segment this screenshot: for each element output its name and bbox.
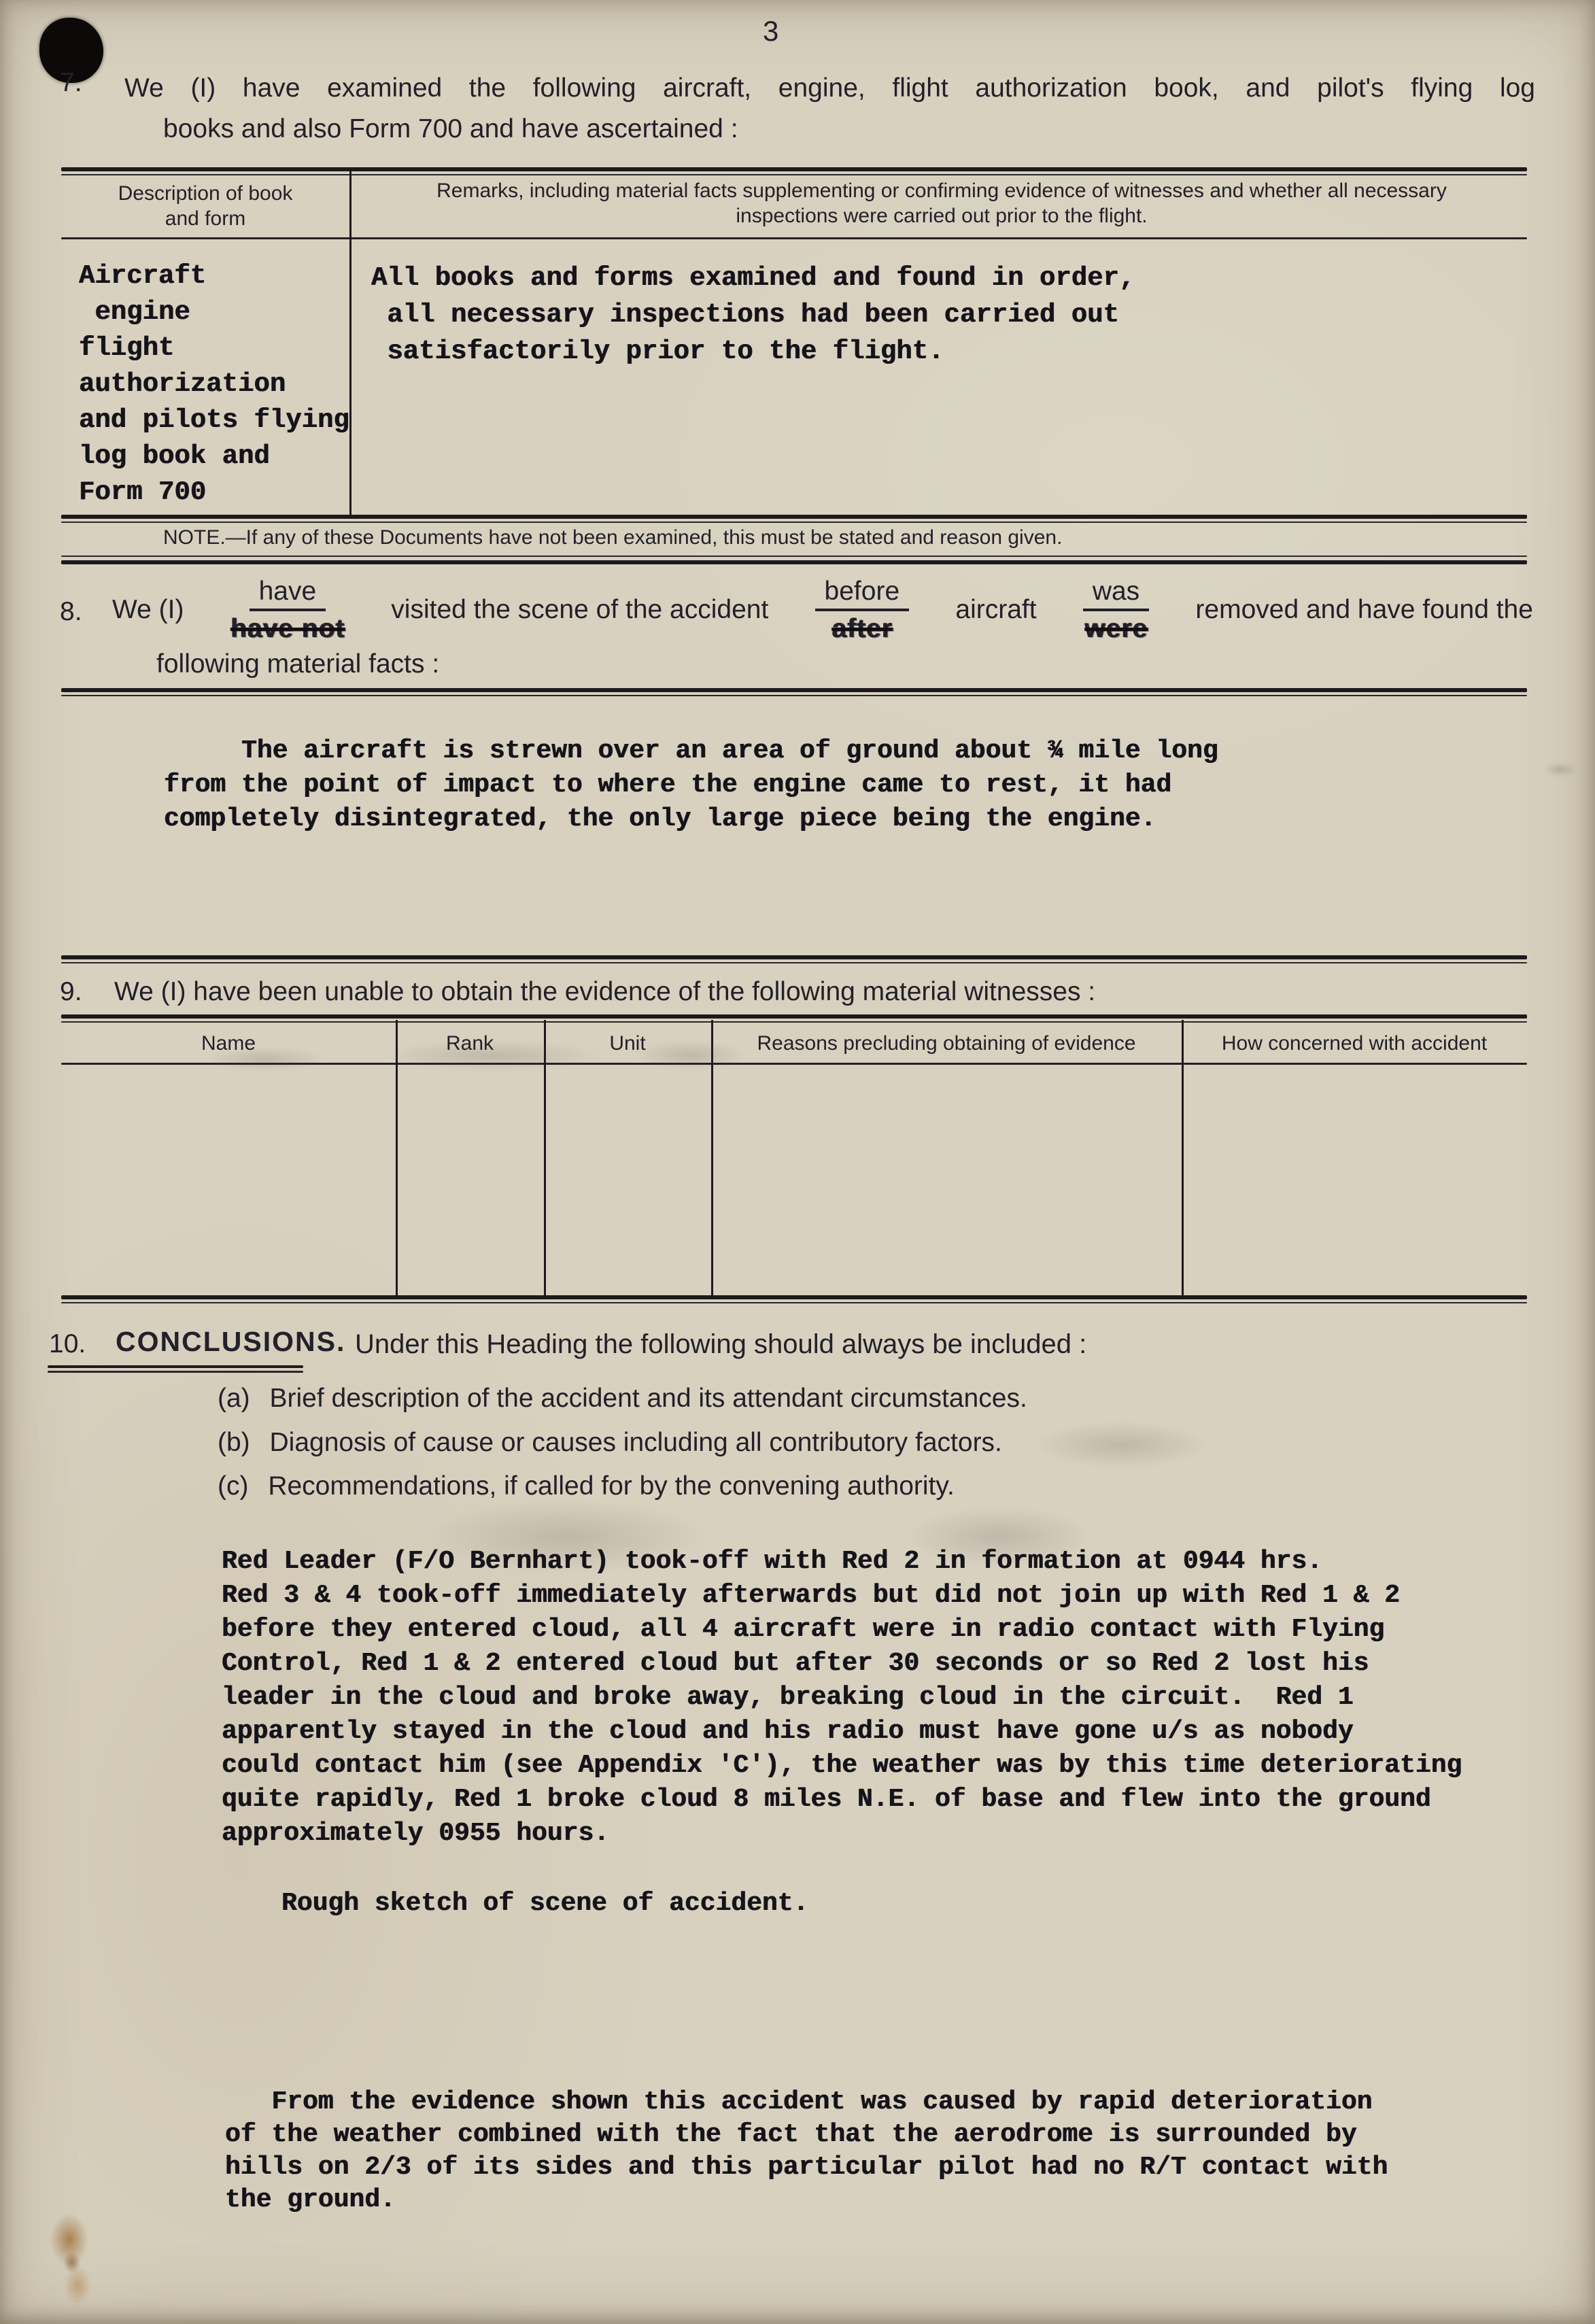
section-10-title: CONCLUSIONS. [116,1326,345,1358]
section-7-text: We (I) have examined the following aircr… [124,68,1535,150]
choice-kept-before: before [815,577,910,611]
table-header-underline [61,237,1527,239]
conclusion-item-b: (b) Diagnosis of cause or causes includi… [218,1428,1002,1458]
column-header-remarks: Remarks, including material facts supple… [363,178,1520,228]
remarks-header-line1: Remarks, including material facts supple… [363,178,1520,203]
choice-kept-was: was [1083,577,1149,611]
pencil-smudge [1543,763,1577,776]
witnesses-divider-4 [1182,1020,1184,1295]
section-9-heading: We (I) have been unable to obtain the ev… [114,977,1095,1007]
section-10-typed-narrative: Red Leader (F/O Bernhart) took-off with … [222,1545,1462,1851]
item-c-label: (c) [218,1471,248,1501]
column-header-reasons: Reasons precluding obtaining of evidence [711,1032,1182,1055]
remarks-header-line2: inspections were carried out prior to th… [363,203,1520,228]
section-8-line2: following material facts : [156,649,439,679]
conclusions-underline [48,1365,303,1373]
section-8-lead: We (I) [112,595,184,625]
item-a-label: (a) [218,1384,250,1413]
item-b-text: Diagnosis of cause or causes including a… [270,1428,1002,1457]
section-8-number: 8. [60,597,82,627]
page-number: 3 [763,15,778,48]
pencil-smudge [1033,1421,1210,1469]
pencil-smudge [632,1040,748,1070]
choice-kept-have: have [250,577,326,611]
section-8-phrase: We (I) have have not visited the scene o… [112,566,1533,653]
note-bottom-rule [61,556,1527,564]
item-a-text: Brief description of the accident and it… [270,1384,1027,1413]
section-9-number: 9. [60,977,82,1007]
section-8-mid1: visited the scene of the accident [391,595,768,625]
item-c-text: Recommendations, if called for by the co… [268,1471,955,1501]
section-9-top-rule [61,955,1527,963]
paper-stain [33,2211,114,2324]
pencil-smudge [381,1040,605,1072]
section-10-number: 10. [49,1329,86,1359]
section-7-line1: We (I) have examined the following aircr… [124,68,1535,109]
section-8-tail: removed and have found the [1195,595,1533,625]
note-line: NOTE.—If any of these Documents have not… [163,526,1062,549]
remarks-typed: All books and forms examined and found i… [371,260,1135,370]
choice-was-were: was were [1083,577,1149,644]
column-header-concerned: How concerned with accident [1182,1032,1527,1055]
table-bottom-rule [61,515,1527,523]
conclusion-item-a: (a) Brief description of the accident an… [218,1384,1027,1414]
section-10-subtitle: Under this Heading the following should … [355,1329,1086,1360]
pencil-smudge [204,1047,326,1072]
column-header-description: Description of book and form [61,181,349,231]
table-column-divider [349,171,351,517]
section-8-mid2: aircraft [955,595,1036,625]
section-8-typed-facts: The aircraft is strewn over an area of g… [164,734,1218,836]
choice-struck-have-not: have not [230,611,345,644]
conclusion-item-c: (c) Recommendations, if called for by th… [218,1471,955,1501]
witnesses-table-bottom-rule [61,1295,1527,1303]
witnesses-table-top-rule [61,1014,1527,1023]
table-top-rule [61,167,1527,175]
choice-struck-were: were [1084,611,1148,644]
choice-have-have-not: have have not [230,577,345,644]
section-10-typed-conclusion: From the evidence shown this accident wa… [225,2086,1388,2217]
scanned-accident-report-page: 3 7. We (I) have examined the following … [0,0,1595,2324]
choice-before-after: before after [815,577,910,644]
section-7-line2: books and also Form 700 and have ascerta… [124,109,1535,150]
choice-struck-after: after [831,611,893,644]
section-7-number: 7. [60,68,82,98]
sketch-caption: Rough sketch of scene of accident. [281,1889,808,1918]
books-list-typed: Aircraft engine flight authorization and… [79,258,349,511]
item-b-label: (b) [218,1428,250,1457]
section-8-rule [61,688,1527,696]
